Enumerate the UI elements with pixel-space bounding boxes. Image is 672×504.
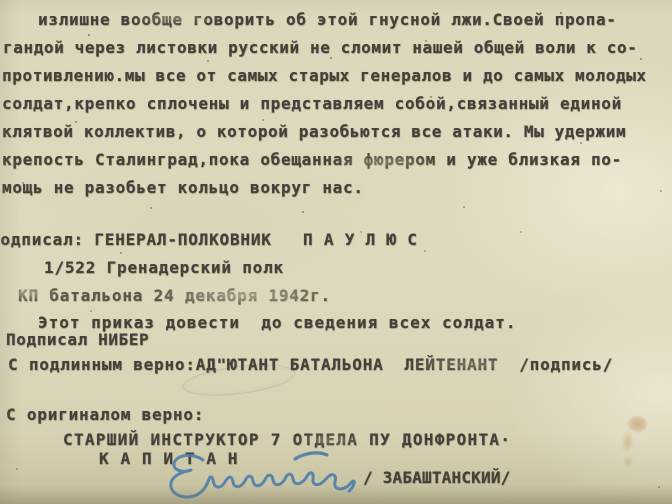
certified-original-line: С оригиналом верно: (6, 405, 204, 424)
instructor-title-line: СТАРШИЙ ИНСТРУКТОР 7 ОТДЕЛА ПУ ДОНФРОНТА… (63, 430, 511, 449)
signed-by-nieber-line: Подписал НИБЕР (6, 330, 149, 349)
typed-line-5: клятвой коллектив, о которой разобьются … (2, 122, 626, 141)
typed-line-7: мощь не разобьет кольцо вокруг нас. (2, 178, 364, 197)
regiment-line: 1/522 Гренадерский полк (44, 258, 284, 277)
typed-line-1: излишне вообще говорить об этой гнусной … (38, 10, 617, 29)
captain-rank-line: К А П И Т А Н (99, 449, 239, 468)
typed-line-4: солдат,крепко сплочены и представляем со… (2, 94, 622, 113)
signed-by-paulus-line: Подписал: ГЕНЕРАЛ-ПОЛКОВНИК П А У Л Ю С (0, 230, 418, 249)
date-line: КП батальона 24 декабря 1942г. (18, 286, 331, 305)
typed-line-3: противлению.мы все от самых старых генер… (2, 66, 647, 85)
typed-line-2: гандой через листовки русский не сломит … (3, 38, 637, 57)
paper-specks (0, 0, 2, 2)
paper-stain (605, 410, 657, 478)
typed-line-6: крепость Сталинград,пока обещанная фюрер… (2, 150, 622, 169)
certified-copy-line: С подлинным верно:АД"ЮТАНТ БАТАЛЬОНА ЛЕЙ… (8, 355, 613, 374)
document-page: излишне вообще говорить об этой гнусной … (0, 0, 672, 504)
zabashtansky-name-line: / ЗАБАШТАНСКИЙ/ (363, 468, 511, 487)
